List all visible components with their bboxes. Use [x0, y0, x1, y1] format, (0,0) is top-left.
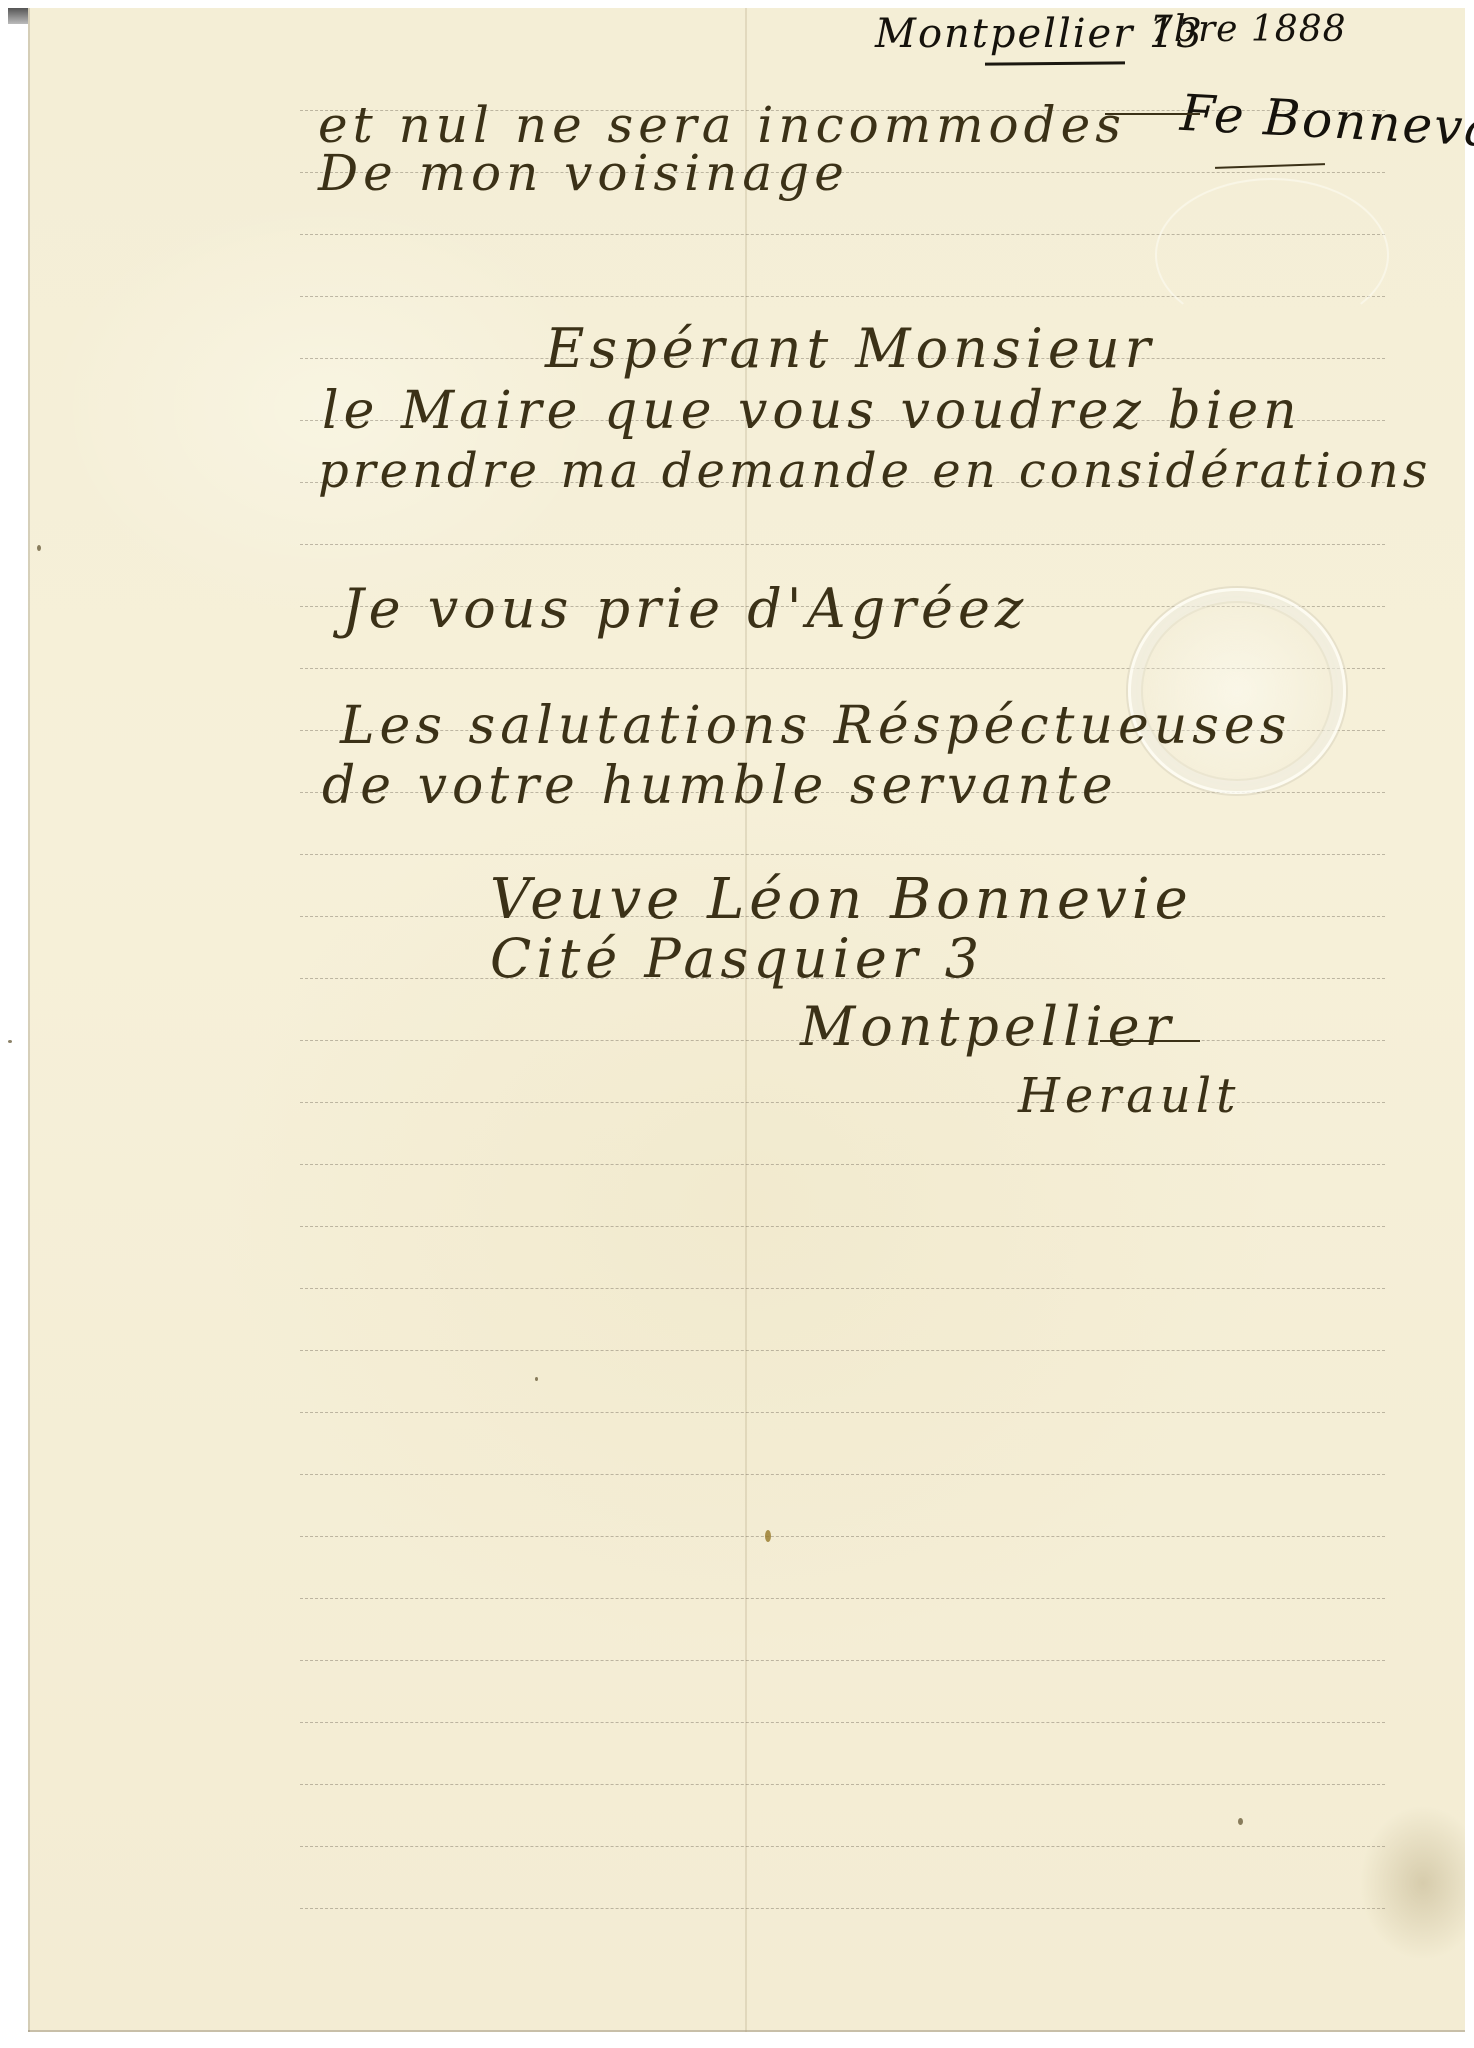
scan-edge-shadow	[8, 8, 30, 24]
letter-line-2: De mon voisinage	[318, 148, 849, 198]
signature-city: Montpellier	[800, 1000, 1175, 1054]
letter-line-8: de votre humble servante	[322, 760, 1118, 812]
letter-line-6: Je vous prie d'Agréez	[342, 582, 1028, 636]
paper-speck	[8, 1040, 12, 1043]
paper-speck	[765, 1530, 771, 1542]
signature-department: Herault	[1018, 1072, 1240, 1120]
letter-line-5: prendre ma demande en considérations	[318, 447, 1431, 495]
ruled-line	[300, 1598, 1385, 1599]
ruled-line	[300, 1722, 1385, 1723]
embossed-seal	[1128, 588, 1346, 794]
ruled-line	[300, 854, 1385, 855]
paper-speck	[37, 545, 41, 551]
ruled-line	[300, 544, 1385, 545]
signature-city-underline	[1100, 1040, 1200, 1042]
ruled-line	[300, 1350, 1385, 1351]
letter-line-1: et nul ne sera incommodes	[318, 100, 1126, 150]
letter-line-1-flourish	[1105, 113, 1200, 115]
letter-line-7: Les salutations Réspéctueuses	[340, 700, 1291, 752]
signature-name: Veuve Léon Bonnevie	[490, 872, 1193, 928]
ruled-line	[300, 1536, 1385, 1537]
ruled-line	[300, 1412, 1385, 1413]
ruled-line	[300, 1846, 1385, 1847]
ruled-line	[300, 1908, 1385, 1909]
ruled-line	[300, 1164, 1385, 1165]
annotation-month-year: 7bre 1888	[1150, 12, 1347, 48]
ruled-line	[300, 1784, 1385, 1785]
embossed-seal-faint	[1155, 178, 1389, 332]
letter-line-4: le Maire que vous voudrez bien	[322, 385, 1302, 437]
signature-street: Cité Pasquier 3	[490, 932, 984, 986]
ruled-line	[300, 1660, 1385, 1661]
paper-speck	[1238, 1818, 1243, 1825]
ruled-line	[300, 1474, 1385, 1475]
ruled-line	[300, 1226, 1385, 1227]
letter-line-3: Espérant Monsieur	[545, 322, 1155, 376]
paper-speck	[535, 1377, 538, 1381]
paper-fold-crease	[745, 8, 747, 2032]
bleed-through-text	[895, 160, 915, 211]
ruled-line	[300, 1288, 1385, 1289]
